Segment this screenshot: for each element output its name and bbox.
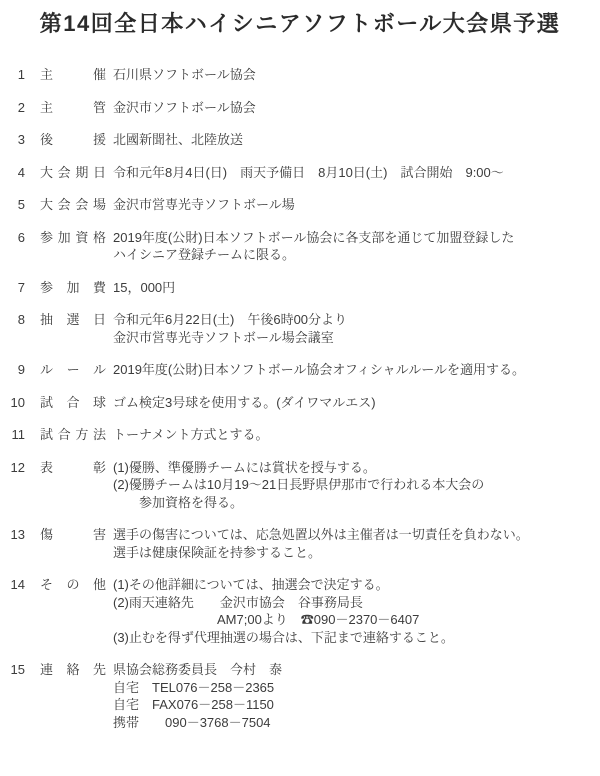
list-item: 6 参加資格 2019年度(公財)日本ソフトボール協会に各支部を通じて加盟登録し…: [0, 229, 600, 264]
item-label: 主管: [25, 99, 113, 117]
content-line: 2019年度(公財)日本ソフトボール協会オフィシャルルールを適用する。: [113, 361, 600, 379]
item-label: 後援: [25, 131, 113, 149]
list-item: 7 参加費 15，000円: [0, 279, 600, 297]
item-content: 令和元年8月4日(日) 雨天予備日 8月10日(土) 試合開始 9:00～: [113, 164, 600, 182]
content-line: 自宅 TEL076－258－2365: [113, 679, 600, 697]
item-content: トーナメント方式とする。: [113, 426, 600, 444]
item-content: ゴム検定3号球を使用する。(ダイワマルエス): [113, 394, 600, 412]
list-item: 9 ルール 2019年度(公財)日本ソフトボール協会オフィシャルルールを適用する…: [0, 361, 600, 379]
list-item: 14 その他 (1)その他詳細については、抽選会で決定する。(2)雨天連絡先 金…: [0, 576, 600, 646]
content-line: (1)その他詳細については、抽選会で決定する。: [113, 576, 600, 594]
item-number: 11: [0, 426, 25, 444]
item-number: 3: [0, 131, 25, 149]
item-number: 5: [0, 196, 25, 214]
item-content: (1)優勝、準優勝チームには賞状を授与する。(2)優勝チームは10月19～21日…: [113, 459, 600, 512]
list-item: 5 大会会場 金沢市営専光寺ソフトボール場: [0, 196, 600, 214]
item-label: 参加費: [25, 279, 113, 297]
list-item: 4 大会期日 令和元年8月4日(日) 雨天予備日 8月10日(土) 試合開始 9…: [0, 164, 600, 182]
item-label: 試合球: [25, 394, 113, 412]
content-line: 石川県ソフトボール協会: [113, 66, 600, 84]
list-item: 11 試合方法 トーナメント方式とする。: [0, 426, 600, 444]
item-label: ルール: [25, 361, 113, 379]
items-list: 1 主催 石川県ソフトボール協会 2 主管 金沢市ソフトボール協会 3 後援 北…: [0, 66, 600, 731]
list-item: 1 主催 石川県ソフトボール協会: [0, 66, 600, 84]
content-line: 参加資格を得る。: [113, 494, 600, 512]
content-line: 選手の傷害については、応急処置以外は主催者は一切責任を負わない。: [113, 526, 600, 544]
item-label: 主催: [25, 66, 113, 84]
item-content: 県協会総務委員長 今村 泰自宅 TEL076－258－2365自宅 FAX076…: [113, 661, 600, 731]
item-label: その他: [25, 576, 113, 646]
list-item: 2 主管 金沢市ソフトボール協会: [0, 99, 600, 117]
item-label: 大会会場: [25, 196, 113, 214]
content-line: トーナメント方式とする。: [113, 426, 600, 444]
item-label: 表彰: [25, 459, 113, 512]
item-content: 令和元年6月22日(土) 午後6時00分より金沢市営専光寺ソフトボール場会議室: [113, 311, 600, 346]
content-line: (2)雨天連絡先 金沢市協会 谷事務局長: [113, 594, 600, 612]
item-number: 12: [0, 459, 25, 512]
content-line: ゴム検定3号球を使用する。(ダイワマルエス): [113, 394, 600, 412]
content-line: (2)優勝チームは10月19～21日長野県伊那市で行われる本大会の: [113, 476, 600, 494]
item-number: 9: [0, 361, 25, 379]
item-label: 大会期日: [25, 164, 113, 182]
item-content: 選手の傷害については、応急処置以外は主催者は一切責任を負わない。選手は健康保険証…: [113, 526, 600, 561]
item-number: 1: [0, 66, 25, 84]
content-line: 15，000円: [113, 279, 600, 297]
list-item: 13 傷害 選手の傷害については、応急処置以外は主催者は一切責任を負わない。選手…: [0, 526, 600, 561]
content-line: 金沢市ソフトボール協会: [113, 99, 600, 117]
item-number: 7: [0, 279, 25, 297]
item-content: 北國新聞社、北陸放送: [113, 131, 600, 149]
list-item: 3 後援 北國新聞社、北陸放送: [0, 131, 600, 149]
list-item: 10 試合球 ゴム検定3号球を使用する。(ダイワマルエス): [0, 394, 600, 412]
item-content: 金沢市営専光寺ソフトボール場: [113, 196, 600, 214]
content-line: (3)止むを得ず代理抽選の場合は、下記まで連絡すること。: [113, 629, 600, 647]
item-number: 8: [0, 311, 25, 346]
list-item: 15 連絡先 県協会総務委員長 今村 泰自宅 TEL076－258－2365自宅…: [0, 661, 600, 731]
content-line: 北國新聞社、北陸放送: [113, 131, 600, 149]
item-label: 参加資格: [25, 229, 113, 264]
item-content: 2019年度(公財)日本ソフトボール協会に各支部を通じて加盟登録したハイシニア登…: [113, 229, 600, 264]
document-page: 第14回全日本ハイシニアソフトボール大会県予選 1 主催 石川県ソフトボール協会…: [0, 0, 600, 776]
page-title: 第14回全日本ハイシニアソフトボール大会県予選: [0, 10, 600, 38]
content-line: 2019年度(公財)日本ソフトボール協会に各支部を通じて加盟登録した: [113, 229, 600, 247]
content-line: 令和元年6月22日(土) 午後6時00分より: [113, 311, 600, 329]
item-number: 13: [0, 526, 25, 561]
item-number: 6: [0, 229, 25, 264]
item-number: 2: [0, 99, 25, 117]
item-label: 抽選日: [25, 311, 113, 346]
list-item: 8 抽選日 令和元年6月22日(土) 午後6時00分より金沢市営専光寺ソフトボー…: [0, 311, 600, 346]
content-line: 県協会総務委員長 今村 泰: [113, 661, 600, 679]
content-line: 自宅 FAX076－258－1150: [113, 696, 600, 714]
item-content: 石川県ソフトボール協会: [113, 66, 600, 84]
item-content: 金沢市ソフトボール協会: [113, 99, 600, 117]
item-content: 15，000円: [113, 279, 600, 297]
content-line: 金沢市営専光寺ソフトボール場: [113, 196, 600, 214]
content-line: (1)優勝、準優勝チームには賞状を授与する。: [113, 459, 600, 477]
item-number: 4: [0, 164, 25, 182]
item-label: 傷害: [25, 526, 113, 561]
item-number: 14: [0, 576, 25, 646]
item-content: (1)その他詳細については、抽選会で決定する。(2)雨天連絡先 金沢市協会 谷事…: [113, 576, 600, 646]
content-line: AM7;00より ☎090－2370－6407: [113, 611, 600, 629]
item-number: 10: [0, 394, 25, 412]
content-line: 選手は健康保険証を持参すること。: [113, 544, 600, 562]
item-number: 15: [0, 661, 25, 731]
content-line: 金沢市営専光寺ソフトボール場会議室: [113, 329, 600, 347]
content-line: 携帯 090－3768－7504: [113, 714, 600, 732]
item-label: 連絡先: [25, 661, 113, 731]
list-item: 12 表彰 (1)優勝、準優勝チームには賞状を授与する。(2)優勝チームは10月…: [0, 459, 600, 512]
content-line: 令和元年8月4日(日) 雨天予備日 8月10日(土) 試合開始 9:00～: [113, 164, 600, 182]
content-line: ハイシニア登録チームに限る。: [113, 246, 600, 264]
item-label: 試合方法: [25, 426, 113, 444]
item-content: 2019年度(公財)日本ソフトボール協会オフィシャルルールを適用する。: [113, 361, 600, 379]
